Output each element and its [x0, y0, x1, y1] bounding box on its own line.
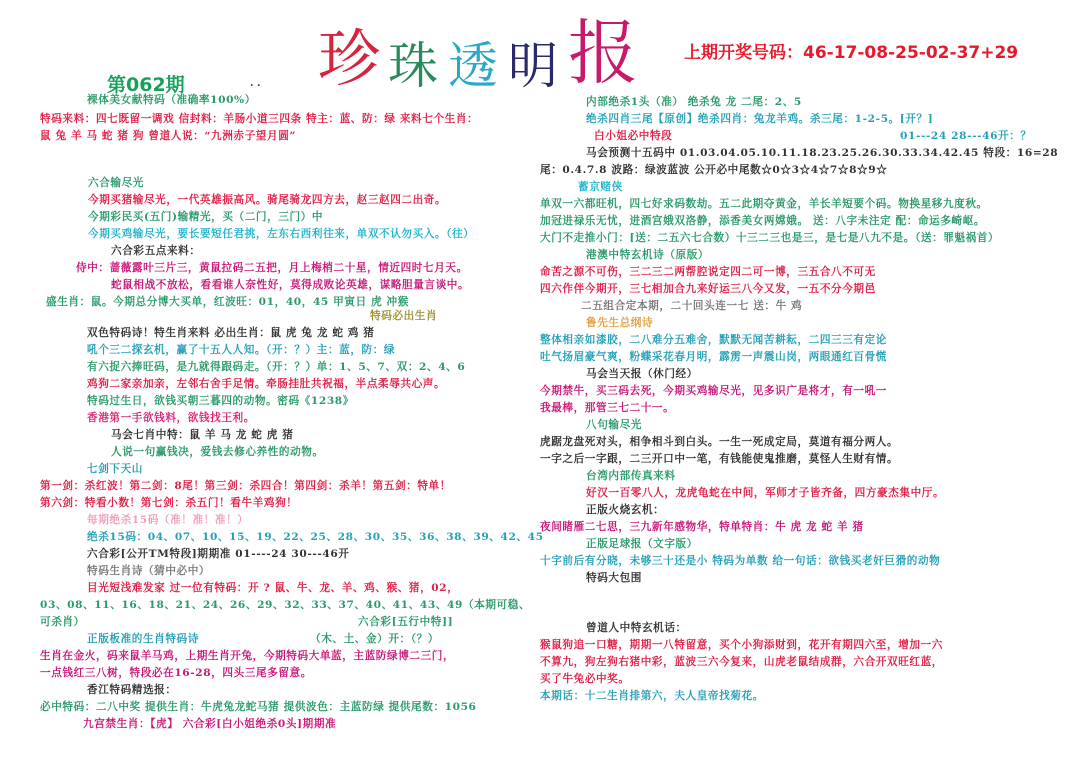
text-line: 港澳中特玄机诗（原版）: [586, 248, 709, 262]
text-line: 双色特码诗！特生肖来料 必出生肖：鼠 虎 兔 龙 蛇 鸡 猪: [87, 326, 374, 340]
text-line: 正版火烧玄机：: [586, 503, 664, 517]
text-line: 台湾内部传真来料: [586, 469, 676, 483]
text-line: 六合彩[五行中特]]: [358, 615, 453, 629]
text-line: 今期禁牛，买三码去死，今期买鸡输尽光，见多识广是将才，有一吼一: [540, 384, 887, 398]
text-line: 加冠进禄乐无忧，进酒宫娥双洛静，添香美女两嫦娥。 送：八字未注定 配：命运多崎岖…: [540, 214, 985, 228]
text-line: 生肖在金火，码来鼠羊马鸡，上期生肖开兔，今期特码大单蓝，主蓝防绿博二三门，: [40, 649, 454, 663]
masthead-title: 珍 珠 透 明 报: [318, 18, 638, 98]
text-line: 特码必出生肖: [370, 309, 437, 323]
last-draw-numbers: 上期开奖号码：46-17-08-25-02-37+29: [684, 38, 1018, 63]
text-line: 鲁先生总纲诗: [586, 316, 653, 330]
title-char-2: 珠: [388, 26, 438, 98]
text-line: 曾道人中特玄机话：: [586, 621, 687, 635]
text-line: 今期买猪输尽光，一代英雄振高风。骑尾骑龙四方去，赵三赵四二出奇。: [88, 193, 446, 207]
text-line: 好汉一百零八人，龙虎龟蛇在中间，军师才子皆齐备，四方豪杰集中厅。: [586, 486, 944, 500]
text-line: 尾：0.4.7.8 波路：绿波蓝波 公开必中尾数☆0☆3☆4☆7☆8☆9☆: [540, 163, 887, 177]
text-line: 虎踞龙盘死对头，相争相斗到白头。一生一死成定局，莫道有福分两人。: [540, 435, 898, 449]
text-line: 蛇鼠相战不放松，看看谁人奈性好，莫得成败论英雄，谋略胆量言谈中。: [111, 278, 469, 292]
text-line: 鸡狗二家亲加亲，左邻右舍手足情。牵肠挂肚共祝福，半点柔辱共心声。: [87, 377, 445, 391]
text-line: 白小姐必中特段: [594, 129, 672, 143]
text-line: 一点钱红三八树，特段必在16-28，四头三尾多留意。: [40, 666, 312, 680]
text-line: 今期彩民买(五门)输精光，买（二门，三门）中: [88, 210, 323, 224]
text-line: 命苦之源不可伤，三二三二两帮腔说定四二可一博，三五合八不可无: [540, 265, 876, 279]
text-line: 吼个三二探玄机，赢了十五人人知。（开：？）主：蓝，防：绿: [87, 343, 395, 357]
text-line: 吐气扬眉豪气爽，粉蝶采花春月明，霹雳一声震山岗，两眼通红百骨慌: [540, 350, 887, 364]
text-line: 六合输尽光: [88, 176, 144, 190]
text-line: 每期绝杀15码（准！准！准！）: [87, 513, 248, 527]
text-line: 03、08、11、16、18、21、24、26、29、32、33、37、40、4…: [40, 598, 530, 612]
text-line: 整体相亲如漆胶，二八难分五难舍，默默无闻苦耕耘，二四三三有定论: [540, 333, 887, 347]
text-line: （木、土、金）开：（？）: [310, 632, 439, 646]
text-line: 猴鼠狗追一口糖，期期一八特留意，买个小狗添财到，花开有期四六至，增加一六: [540, 638, 943, 652]
title-char-5: 报: [568, 0, 638, 98]
text-line: 特码过生日，欲钱买朝三暮四的动物。密码《1238》: [87, 394, 354, 408]
text-line: 买了牛兔必中奖。: [540, 672, 630, 686]
text-line: 第一剑：杀红波！第二剑：8尾！第三剑：杀四合！第四剑：杀羊！第五剑：特单！: [40, 479, 451, 493]
text-line: 四六作伴今期开，三七相加合九来好运三八今又发，一五不分今期邑: [540, 282, 876, 296]
text-line: 一字之后一字跟，二三开口中一笔，有钱能使鬼推磨，莫怪人生财有情。: [540, 452, 898, 466]
text-line: 马会七肖中特：鼠 羊 马 龙 蛇 虎 猪: [111, 428, 293, 442]
title-char-3: 透: [448, 26, 498, 98]
text-line: 蓄京赌侠: [578, 180, 623, 194]
text-line: 香港第一手欲钱料，欲钱找王利。: [87, 411, 255, 425]
title-char-1: 珍: [318, 9, 380, 98]
text-line: 十字前后有分晓，未够三十还是小 特码为单数 给一句话：欲钱买老奸巨猾的动物: [540, 554, 940, 568]
text-line: 必中特码：二八中奖 提供生肖：牛虎兔龙蛇马猪 提供波色：主蓝防绿 提供尾数：10…: [40, 700, 477, 714]
text-line: 二五组合定本期，二十回头连一七 送：牛 鸡: [581, 299, 802, 313]
text-line: 鼠 兔 羊 马 蛇 猪 狗 曾道人说：“九洲赤子望月圆”: [40, 129, 296, 143]
text-line: 大门不走推小门：[送：二五六七合数）十三二三也是三，是七是八九不是。（送：罪魁祸…: [540, 231, 999, 245]
text-line: 香江特码精选报：: [87, 683, 177, 697]
text-line: 第六剑：特看小数！第七剑：杀五门！看牛羊鸡狗！: [40, 496, 297, 510]
text-line: 正版足球报（文字版）: [586, 537, 698, 551]
text-line: 绝杀15码：04、07、10、15、19、22、25、28、30、35、36、3…: [87, 530, 544, 544]
text-line: 绝杀四肖三尾【原创】绝杀四肖：兔龙羊鸡。杀三尾：1-2-5。[开？]: [586, 112, 933, 126]
text-line: 六合彩[公开TM特段]期期准 01----24 30---46开: [87, 547, 350, 561]
text-line: 01---24 28---46开：？: [900, 129, 1032, 143]
text-line: 正版板准的生肖特码诗: [87, 632, 199, 646]
text-line: 不算九，狗左狗右猪中彩，蓝波三六今复来，山虎老鼠结成群，六合开双旺红蓝，: [540, 655, 943, 669]
text-line: 有六捉六捧旺码，是九就得跟码走。（开：？）单：1、5、7、双：2、4、6: [87, 360, 465, 374]
text-line: 人说一句赢钱决，爱钱去修心养性的动物。: [111, 445, 324, 459]
decorative-dots: . .: [250, 78, 260, 89]
text-line: 特码大包围: [586, 571, 642, 585]
text-line: 目光短浅难发家 过一位有特码：开 ? 鼠、牛、龙、羊、鸡、猴、猪，02，: [87, 581, 458, 595]
text-line: 内部绝杀1头（准） 绝杀兔 龙 二尾：2、5: [586, 95, 802, 109]
title-char-4: 明: [508, 26, 558, 98]
text-line: 特码来料：四七既留一调戏 信封料：羊肠小道三四条 特主：蓝、防：绿 来料七个生肖…: [40, 112, 478, 126]
text-line: 盛生肖：鼠。今期总分博大买单，红波旺：01，40，45 甲寅日 虎 冲猴: [46, 295, 409, 309]
text-line: 单双一六都旺机，四七好求码数劫。五二此期夺黄金，羊长羊短要个码。物换星移九度秋。: [540, 197, 988, 211]
text-line: 夜间睹雁二七思，三九新年感物华，特单特肖：牛 虎 龙 蛇 羊 猪: [540, 520, 864, 534]
text-line: 今期买鸡输尽光，要长要短任君挑，左东右西利往来，单双不认勿买入。（往）: [88, 227, 474, 241]
text-line: 八句输尽光: [586, 418, 642, 432]
text-line: 七剑下天山: [87, 462, 143, 476]
text-line: 我最棒，那管三七二十一。: [540, 401, 674, 415]
text-line: 九宫禁生肖：【虎】 六合彩[白小姐绝杀0头]期期准: [83, 717, 336, 731]
text-line: 可杀肖）: [40, 615, 85, 629]
text-line: 本期话：十二生肖排第六，夫人皇帝找菊花。: [540, 689, 764, 703]
text-line: 特码生肖诗（猜中必中）: [87, 564, 210, 578]
text-line: 马会预测十五码中 01.03.04.05.10.11.18.23.25.26.3…: [586, 146, 1058, 160]
text-line: 六合彩五点来料：: [111, 244, 201, 258]
text-line: 裸体美女献特码（准确率100%）: [87, 93, 256, 107]
text-line: 侍中：蔷薇露叶三片三，黄鼠拉码二五把，月上梅梢二十星，情近四时七月天。: [76, 261, 468, 275]
text-line: 马会当天报（休门经）: [586, 367, 698, 381]
